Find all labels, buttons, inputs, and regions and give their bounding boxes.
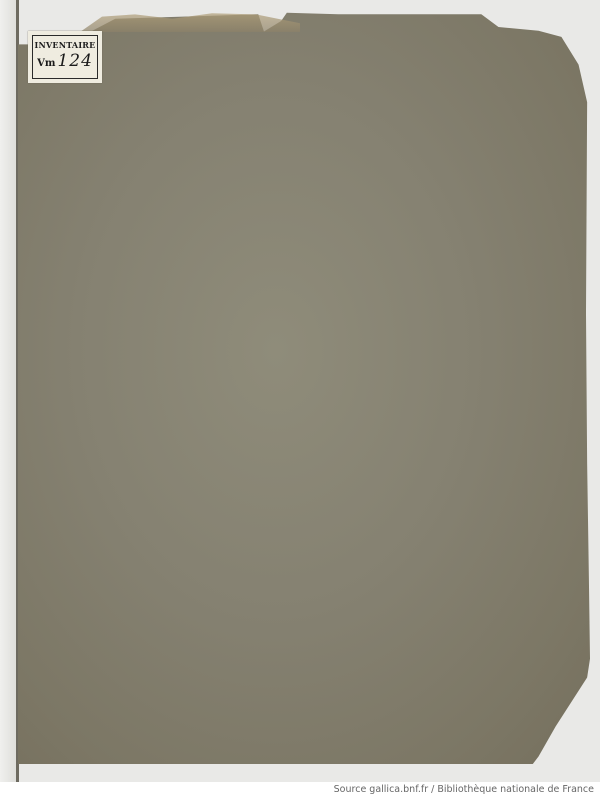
inventory-shelfmark: Vm 124 [37,51,93,71]
inventory-label: INVENTAIRE Vm 124 [28,31,102,83]
shelfmark-number: 124 [57,51,92,71]
shelfmark-prefix: Vm [37,58,55,69]
inventory-label-frame: INVENTAIRE Vm 124 [32,35,98,79]
document-cover [18,12,590,764]
inventory-label-title: INVENTAIRE [35,40,96,50]
source-credit: Source gallica.bnf.fr / Bibliothèque nat… [334,784,594,795]
